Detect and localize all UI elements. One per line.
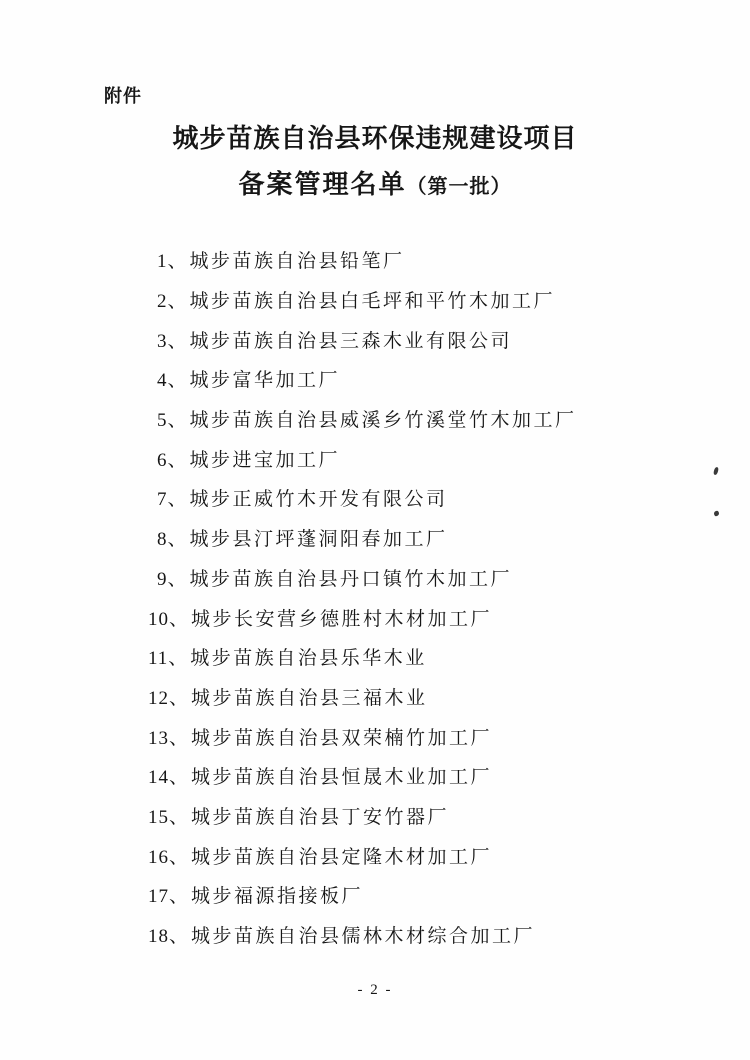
- item-name: 城步苗族自治县丁安竹器厂: [191, 802, 449, 829]
- item-number: 6、: [157, 445, 188, 472]
- item-name: 城步正威竹木开发有限公司: [190, 484, 448, 511]
- item-name: 城步县汀坪蓬洞阳春加工厂: [190, 524, 448, 551]
- item-name: 城步进宝加工厂: [190, 445, 341, 472]
- item-number: 17、: [148, 881, 189, 908]
- document-title-line2-sub: （第一批）: [407, 176, 512, 198]
- item-number: 10、: [148, 604, 189, 631]
- list-item: 7、 城步正威竹木开发有限公司: [157, 478, 697, 518]
- facility-list: 1、 城步苗族自治县铅笔厂 2、 城步苗族自治县白毛坪和平竹木加工厂 3、 城步…: [157, 240, 697, 954]
- list-item: 6、 城步进宝加工厂: [157, 438, 697, 478]
- item-number: 15、: [148, 802, 189, 829]
- list-item: 15、 城步苗族自治县丁安竹器厂: [148, 796, 697, 836]
- item-number: 9、: [157, 564, 188, 591]
- item-name: 城步苗族自治县三森木业有限公司: [190, 326, 513, 353]
- document-title: 城步苗族自治县环保违规建设项目 备案管理名单（第一批）: [0, 118, 750, 201]
- list-item: 18、 城步苗族自治县儒林木材综合加工厂: [148, 915, 697, 955]
- item-name: 城步苗族自治县丹口镇竹木加工厂: [190, 564, 513, 591]
- list-item: 13、 城步苗族自治县双荣楠竹加工厂: [148, 716, 697, 756]
- item-number: 14、: [148, 762, 189, 789]
- item-name: 城步苗族自治县儒林木材综合加工厂: [191, 921, 535, 948]
- item-number: 7、: [157, 484, 188, 511]
- list-item: 14、 城步苗族自治县恒晟木业加工厂: [148, 756, 697, 796]
- item-name: 城步福源指接板厂: [191, 881, 363, 908]
- item-number: 2、: [157, 286, 188, 313]
- list-item: 12、 城步苗族自治县三福木业: [148, 677, 697, 717]
- list-item: 5、 城步苗族自治县威溪乡竹溪堂竹木加工厂: [157, 399, 697, 439]
- item-name: 城步苗族自治县定隆木材加工厂: [191, 842, 492, 869]
- item-name: 城步苗族自治县乐华木业: [190, 643, 427, 670]
- item-name: 城步富华加工厂: [190, 365, 341, 392]
- attachment-label: 附件: [104, 82, 142, 108]
- item-number: 5、: [157, 405, 188, 432]
- item-number: 3、: [157, 326, 188, 353]
- item-number: 11、: [148, 643, 188, 670]
- item-number: 4、: [157, 365, 188, 392]
- list-item: 8、 城步县汀坪蓬洞阳春加工厂: [157, 518, 697, 558]
- item-name: 城步苗族自治县三福木业: [191, 683, 428, 710]
- item-number: 13、: [148, 723, 189, 750]
- item-number: 16、: [148, 842, 189, 869]
- list-item: 11、 城步苗族自治县乐华木业: [148, 637, 697, 677]
- list-item: 17、 城步福源指接板厂: [148, 875, 697, 915]
- item-name: 城步长安营乡德胜村木材加工厂: [191, 604, 492, 631]
- item-number: 1、: [157, 246, 188, 273]
- item-number: 12、: [148, 683, 189, 710]
- list-item: 1、 城步苗族自治县铅笔厂: [157, 240, 697, 280]
- list-item: 2、 城步苗族自治县白毛坪和平竹木加工厂: [157, 280, 697, 320]
- page-number: - 2 -: [0, 982, 750, 999]
- list-item: 4、 城步富华加工厂: [157, 359, 697, 399]
- item-name: 城步苗族自治县铅笔厂: [190, 246, 405, 273]
- scan-speck: [713, 510, 719, 516]
- item-number: 18、: [148, 921, 189, 948]
- scan-speck: [713, 467, 719, 476]
- list-item: 10、 城步长安营乡德胜村木材加工厂: [148, 597, 697, 637]
- document-title-line2: 备案管理名单（第一批）: [0, 164, 750, 201]
- list-item: 16、 城步苗族自治县定隆木材加工厂: [148, 835, 697, 875]
- item-name: 城步苗族自治县威溪乡竹溪堂竹木加工厂: [190, 405, 577, 432]
- document-title-line1: 城步苗族自治县环保违规建设项目: [0, 118, 750, 155]
- list-item: 9、 城步苗族自治县丹口镇竹木加工厂: [157, 558, 697, 598]
- document-page: 附件 城步苗族自治县环保违规建设项目 备案管理名单（第一批） 1、 城步苗族自治…: [0, 0, 750, 1060]
- document-title-line2-main: 备案管理名单: [238, 170, 406, 199]
- list-item: 3、 城步苗族自治县三森木业有限公司: [157, 319, 697, 359]
- item-name: 城步苗族自治县白毛坪和平竹木加工厂: [190, 286, 556, 313]
- item-number: 8、: [157, 524, 188, 551]
- item-name: 城步苗族自治县恒晟木业加工厂: [191, 762, 492, 789]
- item-name: 城步苗族自治县双荣楠竹加工厂: [191, 723, 492, 750]
